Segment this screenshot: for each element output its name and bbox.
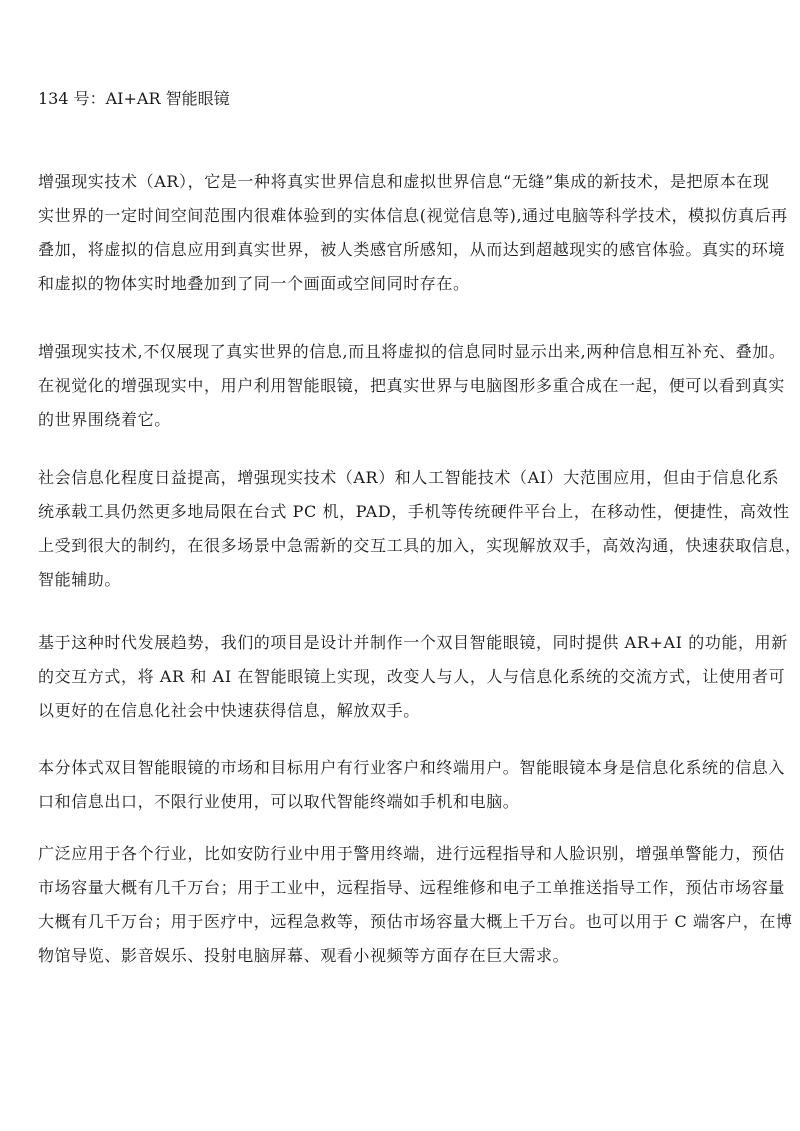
paragraph-line: 智能辅助。 xyxy=(38,569,778,603)
paragraph-line: 大概有几千万台；用于医疗中，远程急救等，预估市场容量大概上千万台。也可以用于 C… xyxy=(38,911,778,945)
paragraph-line: 统承载工具仍然更多地局限在台式 PC 机，PAD，手机等传统硬件平台上，在移动性… xyxy=(38,501,778,535)
paragraph-target-users: 本分体式双目智能眼镜的市场和目标用户有行业客户和终端用户。智能眼镜本身是信息化系… xyxy=(38,757,778,825)
paragraph-line: 增强现实技术,不仅展现了真实世界的信息,而且将虚拟的信息同时显示出来,两种信息相… xyxy=(38,341,778,375)
paragraph-line: 本分体式双目智能眼镜的市场和目标用户有行业客户和终端用户。智能眼镜本身是信息化系… xyxy=(38,757,778,791)
paragraph-line: 的交互方式，将 AR 和 AI 在智能眼镜上实现，改变人与人，人与信息化系统的交… xyxy=(38,666,778,700)
paragraph-line: 增强现实技术（AR），它是一种将真实世界信息和虚拟世界信息“无缝”集成的新技术，… xyxy=(38,171,778,205)
paragraph-line: 实世界的一定时间空间范围内很难体验到的实体信息(视觉信息等),通过电脑等科学技术… xyxy=(38,205,778,239)
document-title: 134 号：AI+AR 智能眼镜 xyxy=(38,88,230,110)
paragraph-line: 在视觉化的增强现实中，用户利用智能眼镜，把真实世界与电脑图形多重合成在一起，便可… xyxy=(38,375,778,409)
paragraph-line: 广泛应用于各个行业，比如安防行业中用于警用终端，进行远程指导和人脸识别，增强单警… xyxy=(38,843,778,877)
paragraph-market-applications: 广泛应用于各个行业，比如安防行业中用于警用终端，进行远程指导和人脸识别，增强单警… xyxy=(38,843,778,979)
paragraph-line: 和虚拟的物体实时地叠加到了同一个画面或空间同时存在。 xyxy=(38,273,778,307)
paragraph-line: 上受到很大的制约，在很多场景中急需新的交互工具的加入，实现解放双手，高效沟通，快… xyxy=(38,535,778,569)
paragraph-line: 以更好的在信息化社会中快速获得信息，解放双手。 xyxy=(38,700,778,734)
paragraph-line: 口和信息出口，不限行业使用，可以取代智能终端如手机和电脑。 xyxy=(38,791,778,825)
paragraph-line: 叠加，将虚拟的信息应用到真实世界，被人类感官所感知，从而达到超越现实的感官体验。… xyxy=(38,239,778,273)
paragraph-project-goal: 基于这种时代发展趋势，我们的项目是设计并制作一个双目智能眼镜，同时提供 AR+A… xyxy=(38,632,778,734)
paragraph-ar-definition: 增强现实技术（AR），它是一种将真实世界信息和虚拟世界信息“无缝”集成的新技术，… xyxy=(38,171,778,307)
paragraph-line: 社会信息化程度日益提高，增强现实技术（AR）和人工智能技术（AI）大范围应用，但… xyxy=(38,467,778,501)
paragraph-line: 市场容量大概有几千万台；用于工业中，远程指导、远程维修和电子工单推送指导工作，预… xyxy=(38,877,778,911)
paragraph-line: 的世界围绕着它。 xyxy=(38,409,778,443)
paragraph-line: 基于这种时代发展趋势，我们的项目是设计并制作一个双目智能眼镜，同时提供 AR+A… xyxy=(38,632,778,666)
paragraph-background: 社会信息化程度日益提高，增强现实技术（AR）和人工智能技术（AI）大范围应用，但… xyxy=(38,467,778,603)
paragraph-line: 物馆导览、影音娱乐、投射电脑屏幕、观看小视频等方面存在巨大需求。 xyxy=(38,945,778,979)
paragraph-ar-features: 增强现实技术,不仅展现了真实世界的信息,而且将虚拟的信息同时显示出来,两种信息相… xyxy=(38,341,778,443)
